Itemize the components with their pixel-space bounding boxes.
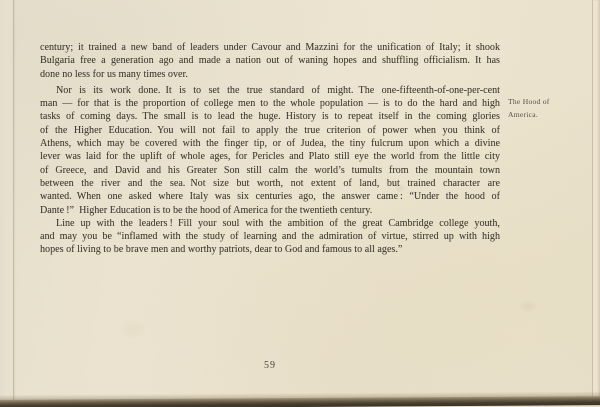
text-line: tasks of coming days. The small is to le… [40, 110, 500, 123]
text-line: between the river and the sea. Not size … [40, 177, 500, 190]
text-line: lever was laid for the uplift of whole a… [40, 150, 500, 163]
paragraph: Line up with the leaders ! Fill your sou… [40, 217, 500, 257]
margin-note: The Hood of America. [508, 95, 560, 121]
text-line: Bulgaria free a generation ago and made … [40, 54, 500, 67]
paper-stain [120, 320, 146, 338]
text-line: man — for that is the proportion of coll… [40, 97, 500, 110]
book-bottom-edge [0, 389, 600, 407]
paragraph: century; it trained a new band of leader… [40, 41, 500, 81]
text-line: and may you be “inflamed with the study … [40, 230, 500, 243]
text-line: done no less for us many times over. [40, 68, 500, 81]
text-block: century; it trained a new band of leader… [40, 41, 500, 257]
text-line: Line up with the leaders ! Fill your sou… [40, 217, 500, 230]
text-line: wanted. When one asked where Italy was s… [40, 190, 500, 203]
book-gutter-crease [13, 0, 16, 401]
text-line: of the Higher Education. You will not fa… [40, 124, 500, 137]
scanned-book-page: century; it trained a new band of leader… [0, 0, 600, 407]
text-line: of Greece, and David and his Greater Son… [40, 164, 500, 177]
page-number: 59 [40, 360, 500, 371]
text-line: century; it trained a new band of leader… [40, 41, 500, 54]
text-line: Athens, which may be covered with the fi… [40, 137, 500, 150]
page-right-edge [592, 0, 600, 402]
paragraph: Nor is its work done. It is to set the t… [40, 84, 500, 217]
text-line: Nor is its work done. It is to set the t… [40, 84, 500, 97]
book-gutter-shade [0, 0, 14, 401]
text-line: hopes of living to be brave men and wort… [40, 243, 500, 256]
text-line: Dante !” Higher Education is to be the h… [40, 204, 500, 217]
paper-stain [520, 300, 536, 312]
